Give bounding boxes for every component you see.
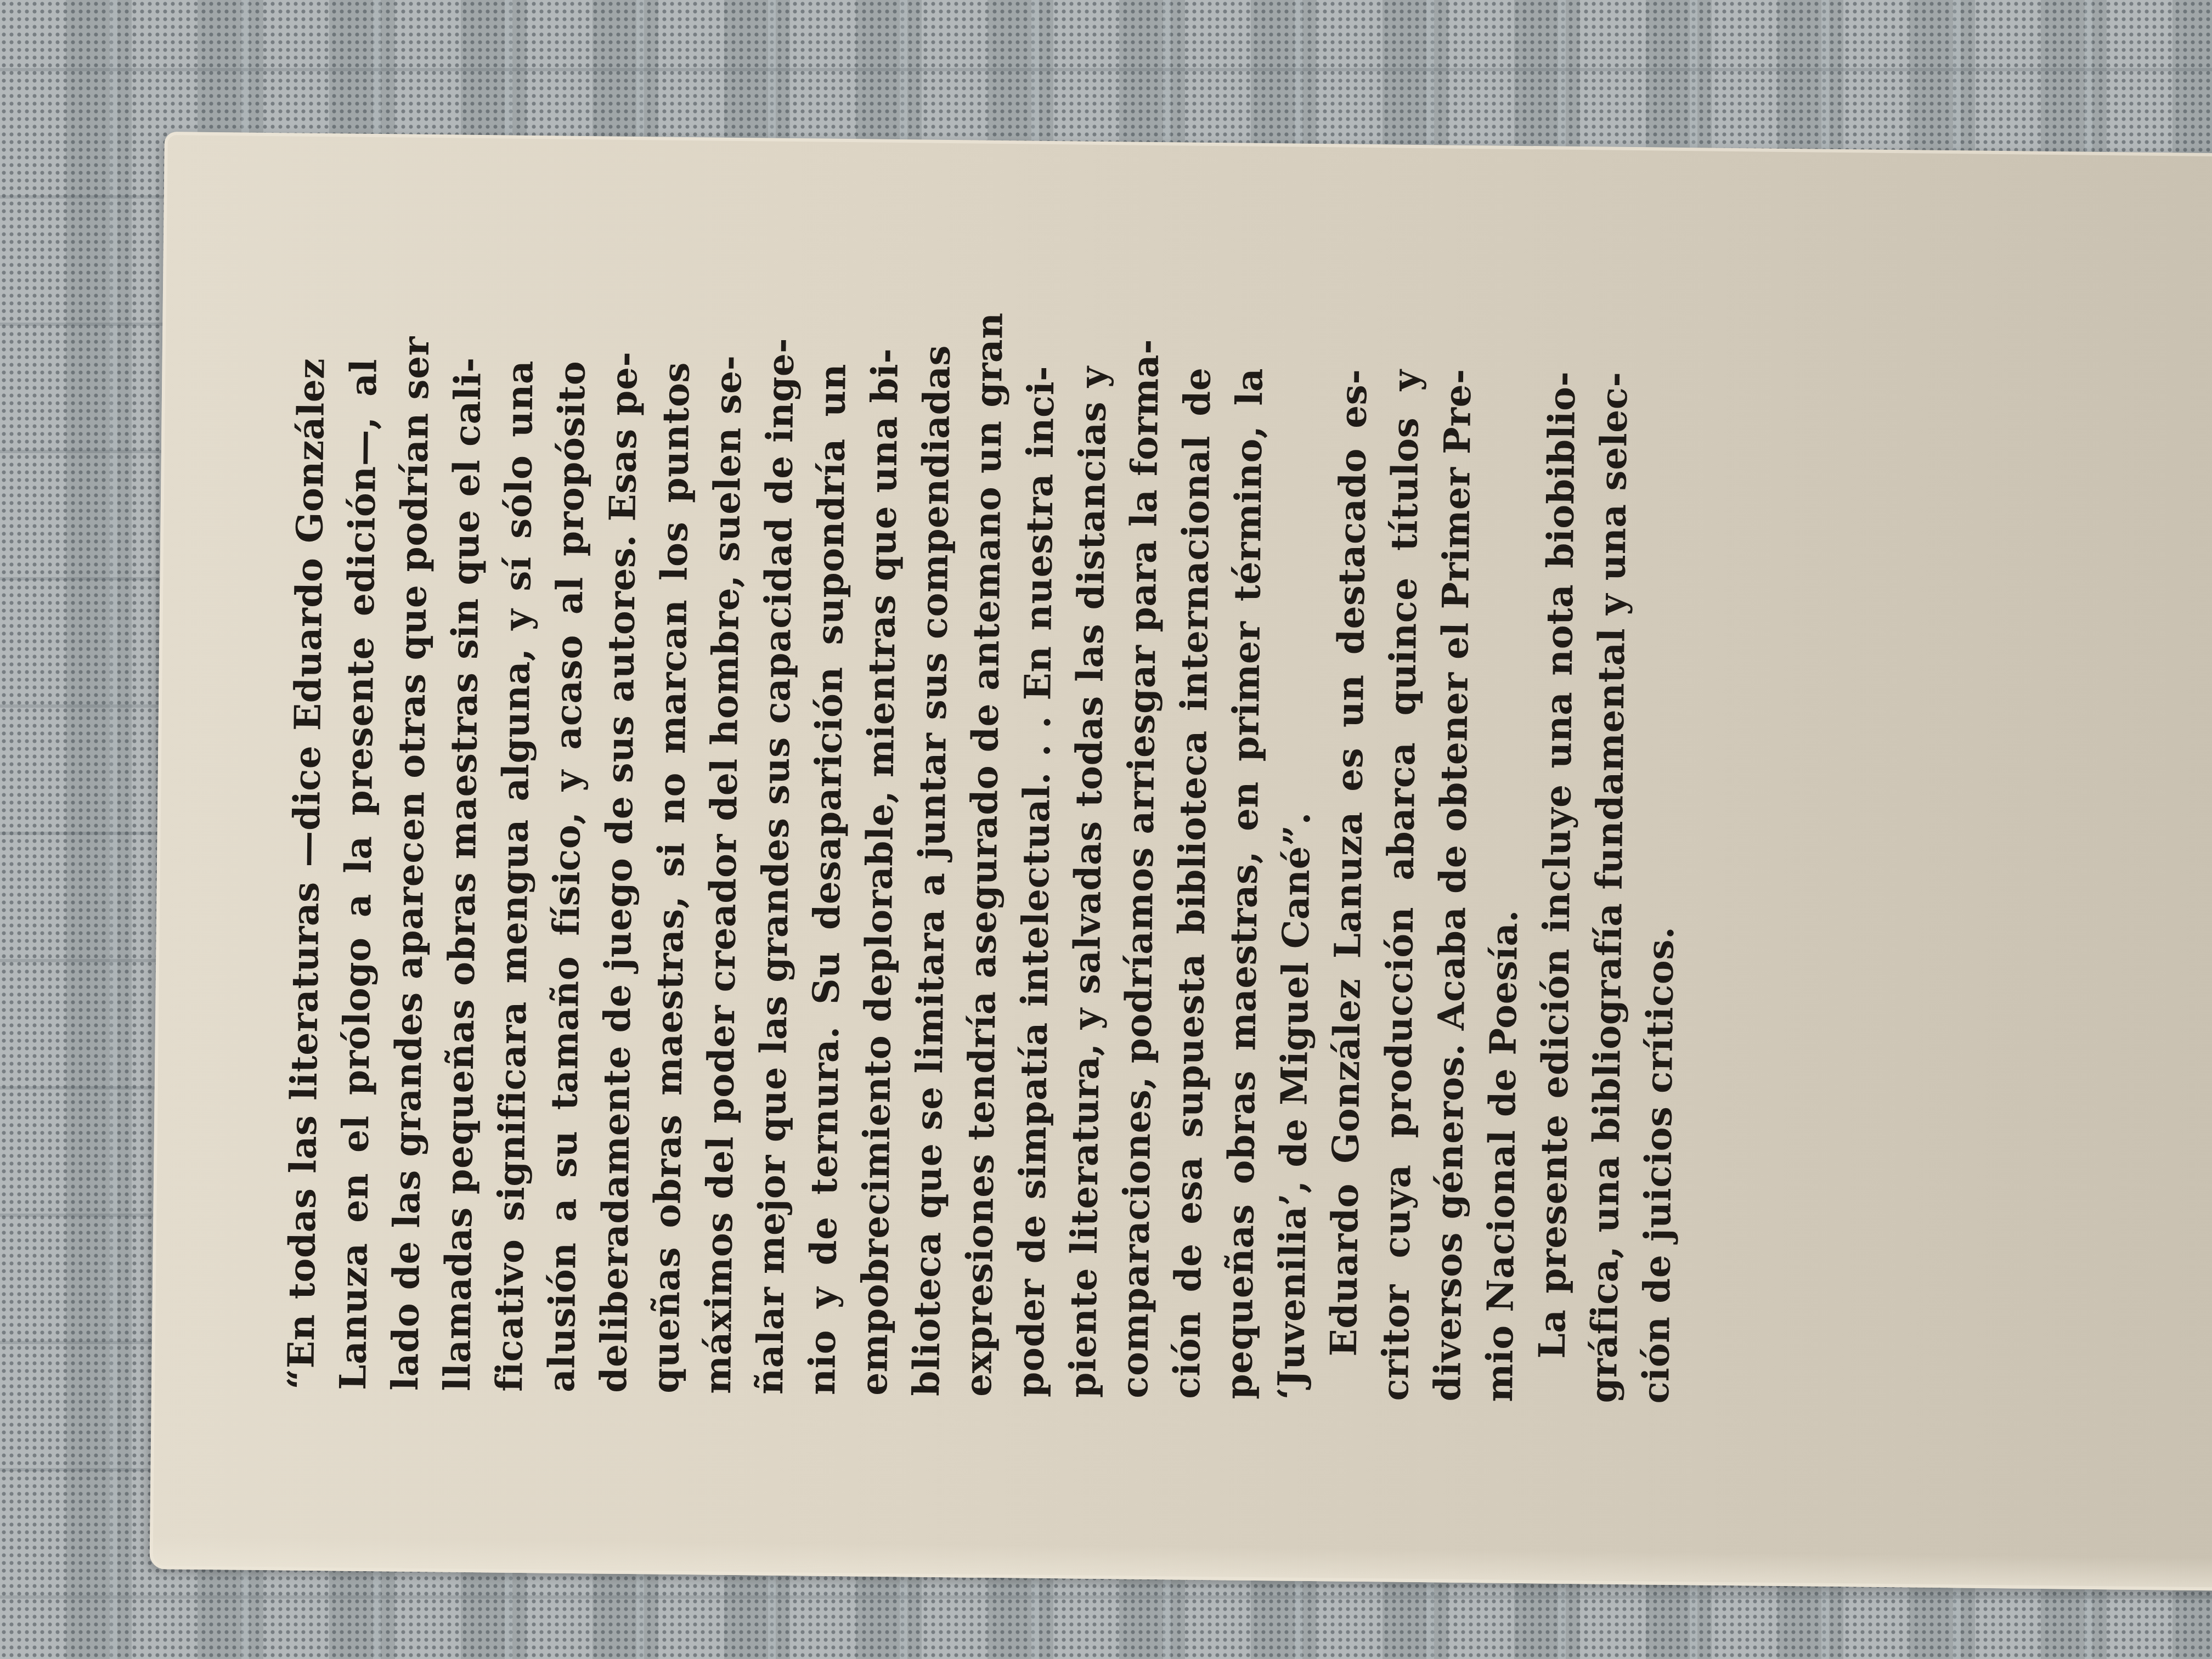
text-line: ción de juicios críticos.: [1630, 372, 1693, 1404]
paragraph-author: Eduardo González Lanuza es un destacado …: [1317, 369, 1537, 1402]
page-edge: [150, 1536, 2212, 1591]
blurb-text-block: “En todas las literaturas —dice Eduardo …: [275, 358, 1657, 1403]
paragraph-quote: “En todas las literaturas —dice Eduardo …: [275, 358, 1328, 1400]
paragraph-edition: La presente edición incluye una nota bio…: [1526, 371, 1693, 1404]
book-back-cover: “En todas las literaturas —dice Eduardo …: [150, 132, 2212, 1591]
